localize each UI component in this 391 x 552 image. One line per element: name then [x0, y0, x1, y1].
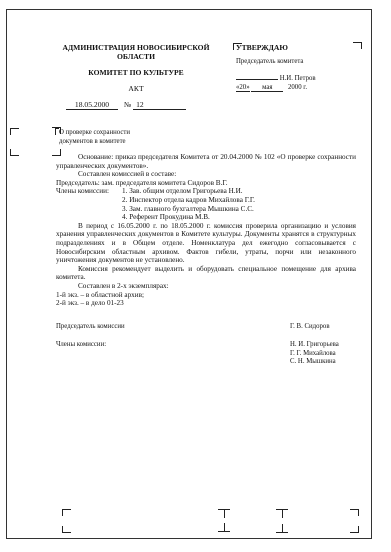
approval-year: 2000 г. — [288, 84, 307, 91]
basis-paragraph: Основание: приказ председателя Комитета … — [56, 153, 356, 170]
commission-chair: Председатель: зам. председателя комитета… — [56, 179, 356, 188]
member-signature-name: Н. И. Григорьева — [290, 341, 339, 350]
subject-line1: О проверке сохранности — [59, 129, 130, 138]
corner-mark-icon — [350, 509, 359, 516]
corner-mark-icon — [10, 149, 19, 156]
member-item: 4. Референт Прокудина М.В. — [122, 213, 255, 222]
approval-signature-line: Н.И. Петров — [236, 75, 316, 82]
ibeam-mark-icon — [218, 523, 230, 532]
committee-name: КОМИТЕТ ПО КУЛЬТУРЕ — [56, 68, 216, 77]
document-body: Основание: приказ председателя Комитета … — [56, 153, 356, 308]
member-signature-name: С. Н. Мышкина — [290, 358, 339, 367]
approval-title: УТВЕРЖДАЮ — [236, 43, 288, 52]
corner-mark-icon — [10, 128, 19, 135]
document-date: 18.05.2000 — [66, 100, 118, 110]
member-item: 2. Инспектор отдела кадров Михайлова Г.Г… — [122, 196, 255, 205]
recommendation-paragraph: Комиссия рекомендует выделить и оборудов… — [56, 265, 356, 282]
approval-day: «20» — [236, 84, 250, 92]
number-label: № — [124, 100, 131, 109]
corner-mark-icon — [353, 42, 362, 49]
approver-name: Н.И. Петров — [280, 75, 316, 82]
document-number: 12 — [133, 100, 186, 110]
member-item: 1. Зав. общим отделом Григорьева Н.И. — [122, 187, 255, 196]
approval-month: мая — [251, 84, 283, 92]
document-date-number: 18.05.2000 № 12 — [66, 100, 186, 110]
copies-title: Составлен в 2-х экземплярах: — [56, 282, 356, 291]
members-signature-label: Члены комиссии: — [56, 341, 106, 348]
org-name-line2: ОБЛАСТИ — [56, 52, 216, 61]
approval-position: Председатель комитета — [236, 58, 303, 65]
chair-signature-label: Председатель комиссии — [56, 323, 125, 330]
copy-1: 1-й экз. – в областной архив; — [56, 291, 356, 300]
ibeam-mark-icon — [276, 524, 288, 533]
ibeam-mark-icon — [276, 509, 288, 518]
document-type: АКТ — [56, 84, 216, 93]
org-name-line1: АДМИНИСТРАЦИЯ НОВОСИБИРСКОЙ — [56, 43, 216, 52]
commission-members: Члены комиссии: 1. Зав. общим отделом Гр… — [56, 187, 356, 221]
chair-signature-name: Г. В. Сидоров — [290, 323, 330, 330]
corner-mark-icon — [350, 526, 359, 533]
commission-composition: Составлен комиссией в составе: — [56, 170, 356, 179]
members-label: Члены комиссии: — [56, 187, 122, 221]
copy-2: 2-й экз. – в дело 01-23 — [56, 299, 356, 308]
corner-mark-icon — [62, 526, 71, 533]
approval-date: «20» мая 2000 г. — [236, 84, 307, 92]
ibeam-mark-icon — [218, 509, 230, 518]
inspection-paragraph: В период с 16.05.2000 г. по 18.05.2000 г… — [56, 222, 356, 265]
members-signature-names: Н. И. Григорьева Г. Г. Михайлова С. Н. М… — [290, 341, 339, 367]
member-signature-name: Г. Г. Михайлова — [290, 350, 339, 359]
corner-mark-icon — [62, 509, 71, 516]
member-item: 3. Зам. главного бухгалтера Мышкина С.С. — [122, 205, 255, 214]
subject-line2: документов в комитете — [59, 138, 126, 147]
